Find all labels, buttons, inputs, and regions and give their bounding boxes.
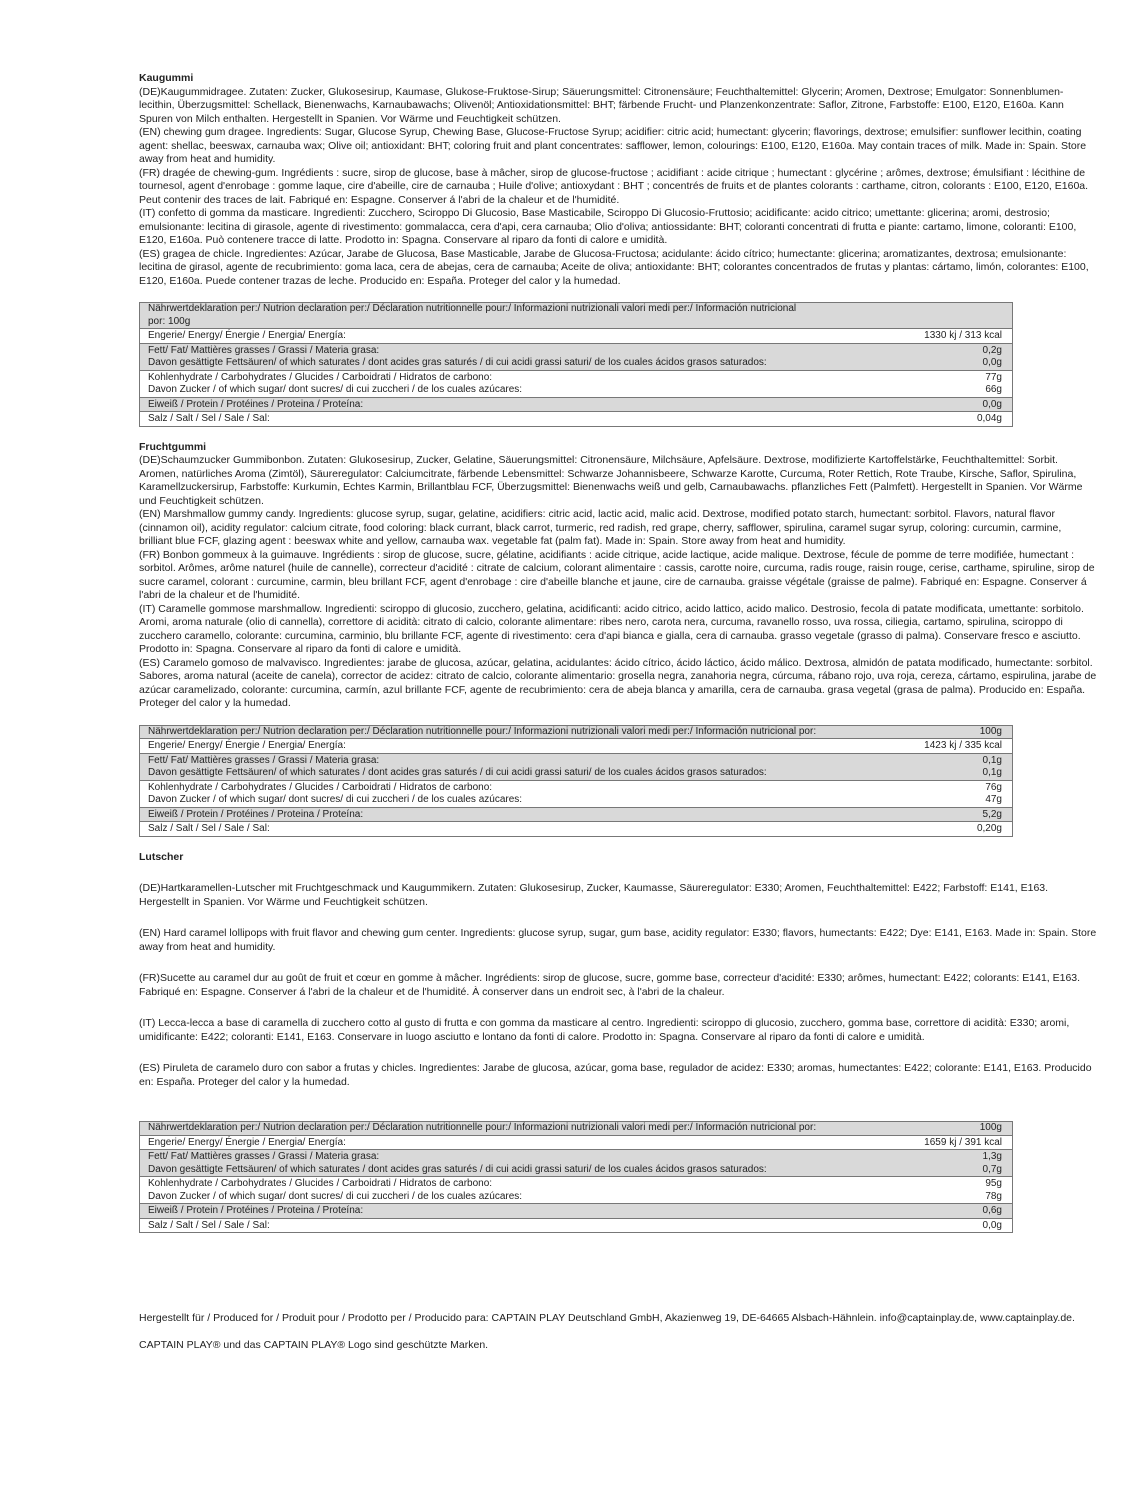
nutrition-row-sugar: Davon Zucker / of which sugar/ dont sucr…: [140, 384, 1013, 397]
energy-value: 1659 kj / 391 kcal: [905, 1135, 1012, 1150]
footer: Hergestellt für / Produced for / Produit…: [139, 1312, 1079, 1366]
ingredients-it: (IT) Lecca-lecca a base di caramella di …: [139, 1017, 1097, 1044]
nutrition-row-salt: Salz / Salt / Sel / Sale / Sal: 0,0g: [140, 1218, 1013, 1233]
nutrition-row-energy: Engerie/ Energy/ Énergie / Energia/ Ener…: [140, 329, 1013, 344]
nutrition-header-value: [916, 303, 1012, 329]
section-title: Fruchtgummi: [139, 441, 1099, 455]
nutrition-row-saturates: Davon gesättigte Fettsäuren/ of which sa…: [140, 357, 1013, 370]
nutrition-row-fat: Fett/ Fat/ Mattières grasses / Grassi / …: [140, 753, 1013, 767]
protein-value: 0,6g: [905, 1204, 1012, 1219]
fat-label: Fett/ Fat/ Mattières grasses / Grassi / …: [140, 343, 917, 357]
nutrition-row-carbs: Kohlenhydrate / Carbohydrates / Glucides…: [140, 370, 1013, 384]
nutrition-row-energy: Engerie/ Energy/ Énergie / Energia/ Ener…: [140, 1135, 1013, 1150]
ingredients-de: (DE)Hartkaramellen-Lutscher mit Fruchtge…: [139, 882, 1097, 909]
carbs-value: 76g: [905, 780, 1012, 794]
fat-label: Fett/ Fat/ Mattières grasses / Grassi / …: [140, 1150, 906, 1164]
ingredients-en: (EN) Hard caramel lollipops with fruit f…: [139, 927, 1097, 954]
section-fruchtgummi: Fruchtgummi (DE)Schaumzucker Gummibonbon…: [139, 441, 1099, 837]
fat-value: 0,2g: [916, 343, 1012, 357]
nutrition-row-protein: Eiweiß / Protein / Protéines / Proteina …: [140, 807, 1013, 822]
ingredients-fr: (FR) dragée de chewing-gum. Ingrédients …: [139, 167, 1097, 208]
salt-value: 0,20g: [905, 822, 1012, 837]
salt-label: Salz / Salt / Sel / Sale / Sal:: [140, 412, 917, 427]
ingredients-block: (DE)Kaugummidragee. Zutaten: Zucker, Glu…: [139, 86, 1097, 289]
nutrition-row-salt: Salz / Salt / Sel / Sale / Sal: 0,04g: [140, 412, 1013, 427]
nutrition-row-sugar: Davon Zucker / of which sugar/ dont sucr…: [140, 1191, 1013, 1204]
fat-value: 1,3g: [905, 1150, 1012, 1164]
protein-label: Eiweiß / Protein / Protéines / Proteina …: [140, 397, 917, 412]
sugar-label: Davon Zucker / of which sugar/ dont sucr…: [140, 794, 906, 807]
section-lutscher: Lutscher (DE)Hartkaramellen-Lutscher mit…: [139, 851, 1099, 1234]
nutrition-header-row: Nährwertdeklaration per:/ Nutrion declar…: [140, 303, 1013, 329]
nutrition-row-protein: Eiweiß / Protein / Protéines / Proteina …: [140, 1204, 1013, 1219]
trademark-text: CAPTAIN PLAY® und das CAPTAIN PLAY® Logo…: [139, 1339, 1079, 1353]
ingredients-it: (IT) Caramelle gommose marshmallow. Ingr…: [139, 603, 1097, 657]
nutrition-table: Nährwertdeklaration per:/ Nutrion declar…: [139, 725, 1013, 837]
ingredients-es: (ES) Piruleta de caramelo duro con sabor…: [139, 1062, 1097, 1089]
energy-label: Engerie/ Energy/ Énergie / Energia/ Ener…: [140, 1135, 906, 1150]
fat-label: Fett/ Fat/ Mattières grasses / Grassi / …: [140, 753, 906, 767]
nutrition-row-saturates: Davon gesättigte Fettsäuren/ of which sa…: [140, 767, 1013, 780]
nutrition-row-protein: Eiweiß / Protein / Protéines / Proteina …: [140, 397, 1013, 412]
nutrition-header-value: 100g: [905, 725, 1012, 739]
nutrition-table: Nährwertdeklaration per:/ Nutrion declar…: [139, 302, 1013, 427]
ingredients-fr: (FR) Bonbon gommeux à la guimauve. Ingré…: [139, 549, 1097, 603]
nutrition-header-value: 100g: [905, 1122, 1012, 1136]
document-page: Kaugummi (DE)Kaugummidragee. Zutaten: Zu…: [139, 72, 1099, 1247]
salt-label: Salz / Salt / Sel / Sale / Sal:: [140, 822, 906, 837]
ingredients-en: (EN) chewing gum dragee. Ingredients: Su…: [139, 126, 1097, 167]
saturates-value: 0,7g: [905, 1164, 1012, 1177]
ingredients-it: (IT) confetto di gomma da masticare. Ing…: [139, 207, 1097, 248]
energy-label: Engerie/ Energy/ Énergie / Energia/ Ener…: [140, 739, 906, 754]
protein-value: 5,2g: [905, 807, 1012, 822]
saturates-label: Davon gesättigte Fettsäuren/ of which sa…: [140, 767, 906, 780]
sugar-value: 78g: [905, 1191, 1012, 1204]
ingredients-es: (ES) gragea de chicle. Ingredientes: Azú…: [139, 248, 1097, 289]
energy-label: Engerie/ Energy/ Énergie / Energia/ Ener…: [140, 329, 917, 344]
carbs-label: Kohlenhydrate / Carbohydrates / Glucides…: [140, 370, 917, 384]
ingredients-es: (ES) Caramelo gomoso de malvavisco. Ingr…: [139, 657, 1097, 711]
saturates-value: 0,1g: [905, 767, 1012, 780]
carbs-value: 95g: [905, 1177, 1012, 1191]
nutrition-header-label: Nährwertdeklaration per:/ Nutrion declar…: [140, 1122, 906, 1136]
salt-value: 0,0g: [905, 1218, 1012, 1233]
nutrition-header-row: Nährwertdeklaration per:/ Nutrion declar…: [140, 725, 1013, 739]
nutrition-row-carbs: Kohlenhydrate / Carbohydrates / Glucides…: [140, 780, 1013, 794]
sugar-label: Davon Zucker / of which sugar/ dont sucr…: [140, 384, 917, 397]
nutrition-row-carbs: Kohlenhydrate / Carbohydrates / Glucides…: [140, 1177, 1013, 1191]
nutrition-header-row: Nährwertdeklaration per:/ Nutrion declar…: [140, 1122, 1013, 1136]
salt-value: 0,04g: [916, 412, 1012, 427]
ingredients-de: (DE)Schaumzucker Gummibonbon. Zutaten: G…: [139, 454, 1097, 508]
ingredients-en: (EN) Marshmallow gummy candy. Ingredient…: [139, 508, 1097, 549]
nutrition-row-energy: Engerie/ Energy/ Énergie / Energia/ Ener…: [140, 739, 1013, 754]
nutrition-row-fat: Fett/ Fat/ Mattières grasses / Grassi / …: [140, 1150, 1013, 1164]
ingredients-de: (DE)Kaugummidragee. Zutaten: Zucker, Glu…: [139, 86, 1097, 127]
nutrition-row-sugar: Davon Zucker / of which sugar/ dont sucr…: [140, 794, 1013, 807]
protein-label: Eiweiß / Protein / Protéines / Proteina …: [140, 1204, 906, 1219]
section-kaugummi: Kaugummi (DE)Kaugummidragee. Zutaten: Zu…: [139, 72, 1099, 427]
sugar-value: 66g: [916, 384, 1012, 397]
salt-label: Salz / Salt / Sel / Sale / Sal:: [140, 1218, 906, 1233]
carbs-label: Kohlenhydrate / Carbohydrates / Glucides…: [140, 1177, 906, 1191]
saturates-label: Davon gesättigte Fettsäuren/ of which sa…: [140, 1164, 906, 1177]
section-title: Kaugummi: [139, 72, 1099, 86]
protein-value: 0,0g: [916, 397, 1012, 412]
saturates-value: 0,0g: [916, 357, 1012, 370]
nutrition-header-label: Nährwertdeklaration per:/ Nutrion declar…: [140, 725, 906, 739]
ingredients-block: (DE)Schaumzucker Gummibonbon. Zutaten: G…: [139, 454, 1097, 711]
nutrition-row-salt: Salz / Salt / Sel / Sale / Sal: 0,20g: [140, 822, 1013, 837]
sugar-value: 47g: [905, 794, 1012, 807]
nutrition-row-fat: Fett/ Fat/ Mattières grasses / Grassi / …: [140, 343, 1013, 357]
section-title: Lutscher: [139, 851, 1099, 865]
ingredients-fr: (FR)Sucette au caramel dur au goût de fr…: [139, 972, 1097, 999]
protein-label: Eiweiß / Protein / Protéines / Proteina …: [140, 807, 906, 822]
saturates-label: Davon gesättigte Fettsäuren/ of which sa…: [140, 357, 917, 370]
nutrition-row-saturates: Davon gesättigte Fettsäuren/ of which sa…: [140, 1164, 1013, 1177]
sugar-label: Davon Zucker / of which sugar/ dont sucr…: [140, 1191, 906, 1204]
energy-value: 1330 kj / 313 kcal: [916, 329, 1012, 344]
carbs-label: Kohlenhydrate / Carbohydrates / Glucides…: [140, 780, 906, 794]
fat-value: 0,1g: [905, 753, 1012, 767]
ingredients-block: (DE)Hartkaramellen-Lutscher mit Fruchtge…: [139, 864, 1097, 1107]
carbs-value: 77g: [916, 370, 1012, 384]
produced-for-text: Hergestellt für / Produced for / Produit…: [139, 1312, 1079, 1326]
energy-value: 1423 kj / 335 kcal: [905, 739, 1012, 754]
nutrition-header-label: Nährwertdeklaration per:/ Nutrion declar…: [140, 303, 917, 329]
nutrition-table: Nährwertdeklaration per:/ Nutrion declar…: [139, 1121, 1013, 1233]
